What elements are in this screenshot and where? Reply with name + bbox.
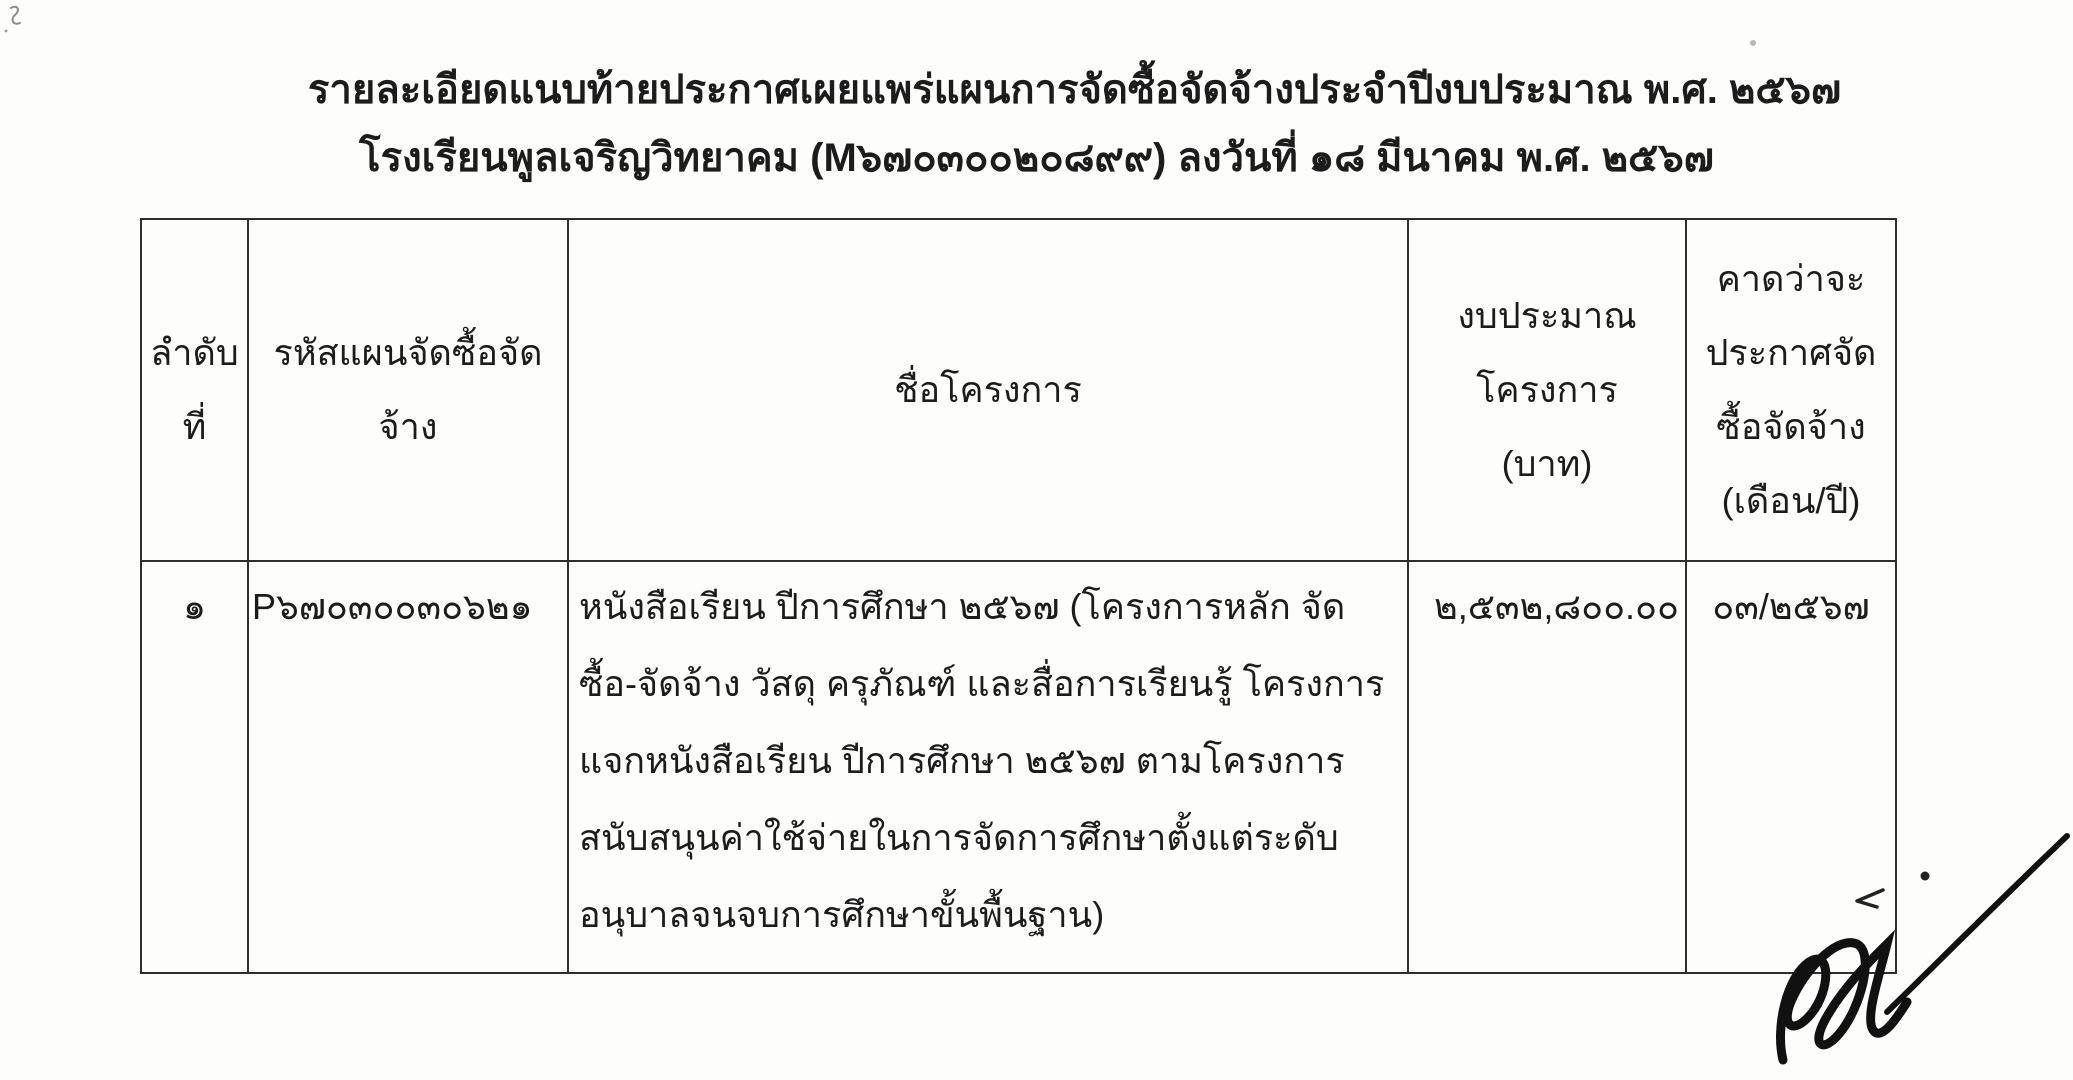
header-budget: งบประมาณ โครงการ (บาท): [1408, 219, 1686, 561]
scanned-document-page: { "document": { "title_line1": "รายละเอี…: [0, 0, 2073, 1080]
header-project-name: ชื่อโครงการ: [568, 219, 1408, 561]
header-announce-date: คาดว่าจะ ประกาศจัด ซื้อจัดจ้าง (เดือน/ปี…: [1686, 219, 1896, 561]
table-header-row: ลำดับ ที่ รหัสแผนจัดซื้อจัด จ้าง ชื่อโคร…: [141, 219, 1896, 561]
document-subtitle: โรงเรียนพูลเจริญวิทยาคม (M๖๗๐๓๐๐๒๐๘๙๙) ล…: [0, 126, 2073, 190]
cell-project-name: หนังสือเรียน ปีการศึกษา ๒๕๖๗ (โครงการหลั…: [568, 561, 1408, 973]
document-title-block: รายละเอียดแนบท้ายประกาศเผยแพร่แผนการจัดซ…: [0, 58, 2073, 190]
header-order-number: ลำดับ ที่: [141, 219, 248, 561]
table-row: ๑ P๖๗๐๓๐๐๓๐๖๒๑ หนังสือเรียน ปีการศึกษา ๒…: [141, 561, 1896, 973]
scan-dot: [1750, 40, 1756, 46]
cell-announce-date: ๐๓/๒๕๖๗: [1686, 561, 1896, 973]
scan-artifact-icon: [2, 2, 32, 36]
header-plan-code: รหัสแผนจัดซื้อจัด จ้าง: [248, 219, 568, 561]
document-title: รายละเอียดแนบท้ายประกาศเผยแพร่แผนการจัดซ…: [38, 58, 2073, 122]
cell-plan-code: P๖๗๐๓๐๐๓๐๖๒๑: [248, 561, 568, 973]
procurement-plan-table: ลำดับ ที่ รหัสแผนจัดซื้อจัด จ้าง ชื่อโคร…: [140, 218, 1897, 974]
cell-budget: ๒,๕๓๒,๘๐๐.๐๐: [1408, 561, 1686, 973]
cell-order-number: ๑: [141, 561, 248, 973]
ink-dot: [1921, 872, 1930, 881]
